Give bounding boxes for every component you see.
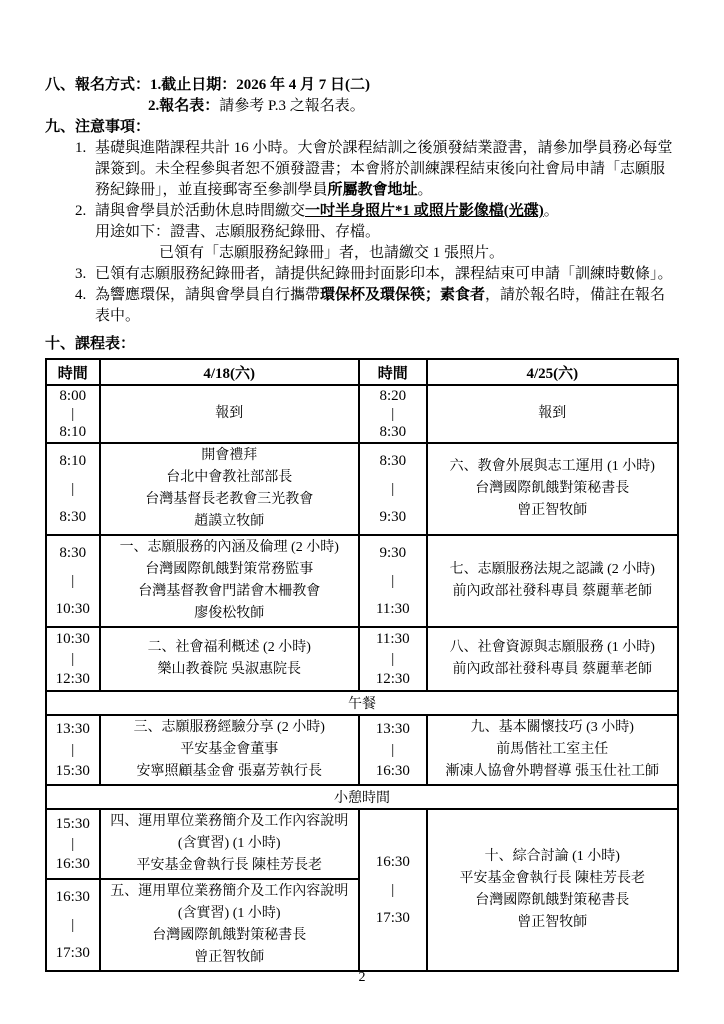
time-cell: 8:10 | 8:30 — [46, 443, 100, 535]
note-text: 請與會學員於活動休息時間繳交一吋半身照片*1 或照片影像檔(光碟)。 用途如下：… — [95, 201, 679, 264]
session-cell: 八、社會資源與志願服務 (1 小時) 前內政部社發科專員 蔡麗華老師 — [427, 627, 678, 691]
note-number: 2. — [75, 201, 95, 264]
note-item-2: 2. 請與會學員於活動休息時間繳交一吋半身照片*1 或照片影像檔(光碟)。 用途… — [45, 201, 679, 264]
course-schedule-table: 時間 4/18(六) 時間 4/25(六) 8:00 | 8:10 報到 8:2… — [45, 358, 679, 972]
table-row: 8:30 | 10:30 一、志願服務的內涵及倫理 (2 小時) 台灣國際飢餓對… — [46, 535, 678, 627]
session-cell: 四、運用單位業務簡介及工作內容說明 (含實習) (1 小時) 平安基金會執行長 … — [100, 809, 359, 879]
session-cell: 三、志願服務經驗分享 (2 小時) 平安基金會董事 安寧照顧基金會 張嘉芳執行長 — [100, 715, 359, 785]
section-8-heading: 八、報名方式： — [45, 77, 150, 93]
header-date-425: 4/25(六) — [427, 359, 678, 385]
lunch-cell: 午餐 — [46, 691, 678, 715]
header-time-right: 時間 — [359, 359, 427, 385]
note-4-bold-eco: 環保杯及環保筷；素食者 — [320, 287, 485, 303]
session-cell: 二、社會福利概述 (2 小時) 樂山教養院 吳淑惠院長 — [100, 627, 359, 691]
break-cell: 小憩時間 — [46, 785, 678, 809]
document-page: 八、報名方式：1.截止日期：2026 年 4 月 7 日(二) 2.報名表：請參… — [0, 0, 724, 1024]
note-text: 已領有志願服務紀錄冊者，請提供紀錄冊封面影印本，課程結束可申請「訓練時數條」。 — [95, 264, 679, 285]
session-cell: 報到 — [427, 385, 678, 443]
session-cell: 五、運用單位業務簡介及工作內容說明 (含實習) (1 小時) 台灣國際飢餓對策秘… — [100, 879, 359, 971]
section-9-heading: 九、注意事項： — [45, 117, 679, 138]
time-cell: 10:30 | 12:30 — [46, 627, 100, 691]
note-item-1: 1. 基礎與進階課程共計 16 小時。大會於課程結訓之後頒發結業證書，請參加學員… — [45, 138, 679, 201]
section-10-heading: 十、課程表： — [45, 334, 679, 355]
session-cell: 開會禮拜 台北中會教社部部長 台灣基督長老教會三光教會 趙謨立牧師 — [100, 443, 359, 535]
note-text: 為響應環保，請與會學員自行攜帶環保杯及環保筷；素食者，請於報名時，備註在報名表中… — [95, 285, 679, 327]
note-item-4: 4. 為響應環保，請與會學員自行攜帶環保杯及環保筷；素食者，請於報名時，備註在報… — [45, 285, 679, 327]
header-time-left: 時間 — [46, 359, 100, 385]
time-cell: 13:30 | 15:30 — [46, 715, 100, 785]
notes-list: 1. 基礎與進階課程共計 16 小時。大會於課程結訓之後頒發結業證書，請參加學員… — [45, 138, 679, 327]
note-1-period: 。 — [418, 182, 433, 198]
session-cell: 一、志願服務的內涵及倫理 (2 小時) 台灣國際飢餓對策常務監事 台灣基督教會門… — [100, 535, 359, 627]
time-cell: 16:30 | 17:30 — [46, 879, 100, 971]
time-cell: 11:30 | 12:30 — [359, 627, 427, 691]
session-cell: 十、綜合討論 (1 小時) 平安基金會執行長 陳桂芳長老 台灣國際飢餓對策秘書長… — [427, 809, 678, 971]
time-cell: 8:30 | 9:30 — [359, 443, 427, 535]
time-cell: 15:30 | 16:30 — [46, 809, 100, 879]
session-cell: 報到 — [100, 385, 359, 443]
photo-requirement-emphasis: 一吋半身照片*1 或照片影像檔(光碟) — [305, 203, 544, 219]
note-2-period: 。 — [544, 203, 559, 219]
page-number: 2 — [0, 970, 724, 986]
break-row: 小憩時間 — [46, 785, 678, 809]
time-cell: 13:30 | 16:30 — [359, 715, 427, 785]
note-text: 基礎與進階課程共計 16 小時。大會於課程結訓之後頒發結業證書，請參加學員務必每… — [95, 138, 679, 201]
note-number: 3. — [75, 264, 95, 285]
deadline-text: 1.截止日期：2026 年 4 月 7 日(二) — [150, 77, 370, 93]
note-2-line-3: 已領有「志願服務紀錄冊」者，也請繳交 1 張照片。 — [159, 243, 679, 264]
time-cell: 8:00 | 8:10 — [46, 385, 100, 443]
time-cell: 16:30 | 17:30 — [359, 809, 427, 971]
note-1-bold-address: 所屬教會地址 — [328, 182, 418, 198]
header-date-418: 4/18(六) — [100, 359, 359, 385]
table-row: 8:10 | 8:30 開會禮拜 台北中會教社部部長 台灣基督長老教會三光教會 … — [46, 443, 678, 535]
table-row: 8:00 | 8:10 報到 8:20 | 8:30 報到 — [46, 385, 678, 443]
section-8-line: 八、報名方式：1.截止日期：2026 年 4 月 7 日(二) — [45, 75, 679, 96]
time-cell: 9:30 | 11:30 — [359, 535, 427, 627]
session-cell: 九、基本關懷技巧 (3 小時) 前馬偕社工室主任 漸凍人協會外聘督導 張玉仕社工… — [427, 715, 678, 785]
registration-form-label: 2.報名表： — [148, 98, 219, 114]
time-cell: 8:20 | 8:30 — [359, 385, 427, 443]
time-cell: 8:30 | 10:30 — [46, 535, 100, 627]
note-2-pre: 請與會學員於活動休息時間繳交 — [95, 203, 305, 219]
note-4-pre: 為響應環保，請與會學員自行攜帶 — [95, 287, 320, 303]
page-content: 八、報名方式：1.截止日期：2026 年 4 月 7 日(二) 2.報名表：請參… — [45, 75, 679, 972]
table-header-row: 時間 4/18(六) 時間 4/25(六) — [46, 359, 678, 385]
session-cell: 六、教會外展與志工運用 (1 小時) 台灣國際飢餓對策秘書長 曾正智牧師 — [427, 443, 678, 535]
note-2-line-2: 用途如下：證書、志願服務紀錄冊、存檔。 — [95, 222, 679, 243]
registration-form-text: 請參考 P.3 之報名表。 — [219, 98, 364, 114]
lunch-row: 午餐 — [46, 691, 678, 715]
note-number: 1. — [75, 138, 95, 201]
session-cell: 七、志願服務法規之認識 (2 小時) 前內政部社發科專員 蔡麗華老師 — [427, 535, 678, 627]
note-item-3: 3. 已領有志願服務紀錄冊者，請提供紀錄冊封面影印本，課程結束可申請「訓練時數條… — [45, 264, 679, 285]
note-2-line-1: 請與會學員於活動休息時間繳交一吋半身照片*1 或照片影像檔(光碟)。 — [95, 203, 559, 219]
registration-form-line: 2.報名表：請參考 P.3 之報名表。 — [148, 96, 679, 117]
table-row: 10:30 | 12:30 二、社會福利概述 (2 小時) 樂山教養院 吳淑惠院… — [46, 627, 678, 691]
table-row: 15:30 | 16:30 四、運用單位業務簡介及工作內容說明 (含實習) (1… — [46, 809, 678, 879]
note-number: 4. — [75, 285, 95, 327]
table-row: 13:30 | 15:30 三、志願服務經驗分享 (2 小時) 平安基金會董事 … — [46, 715, 678, 785]
